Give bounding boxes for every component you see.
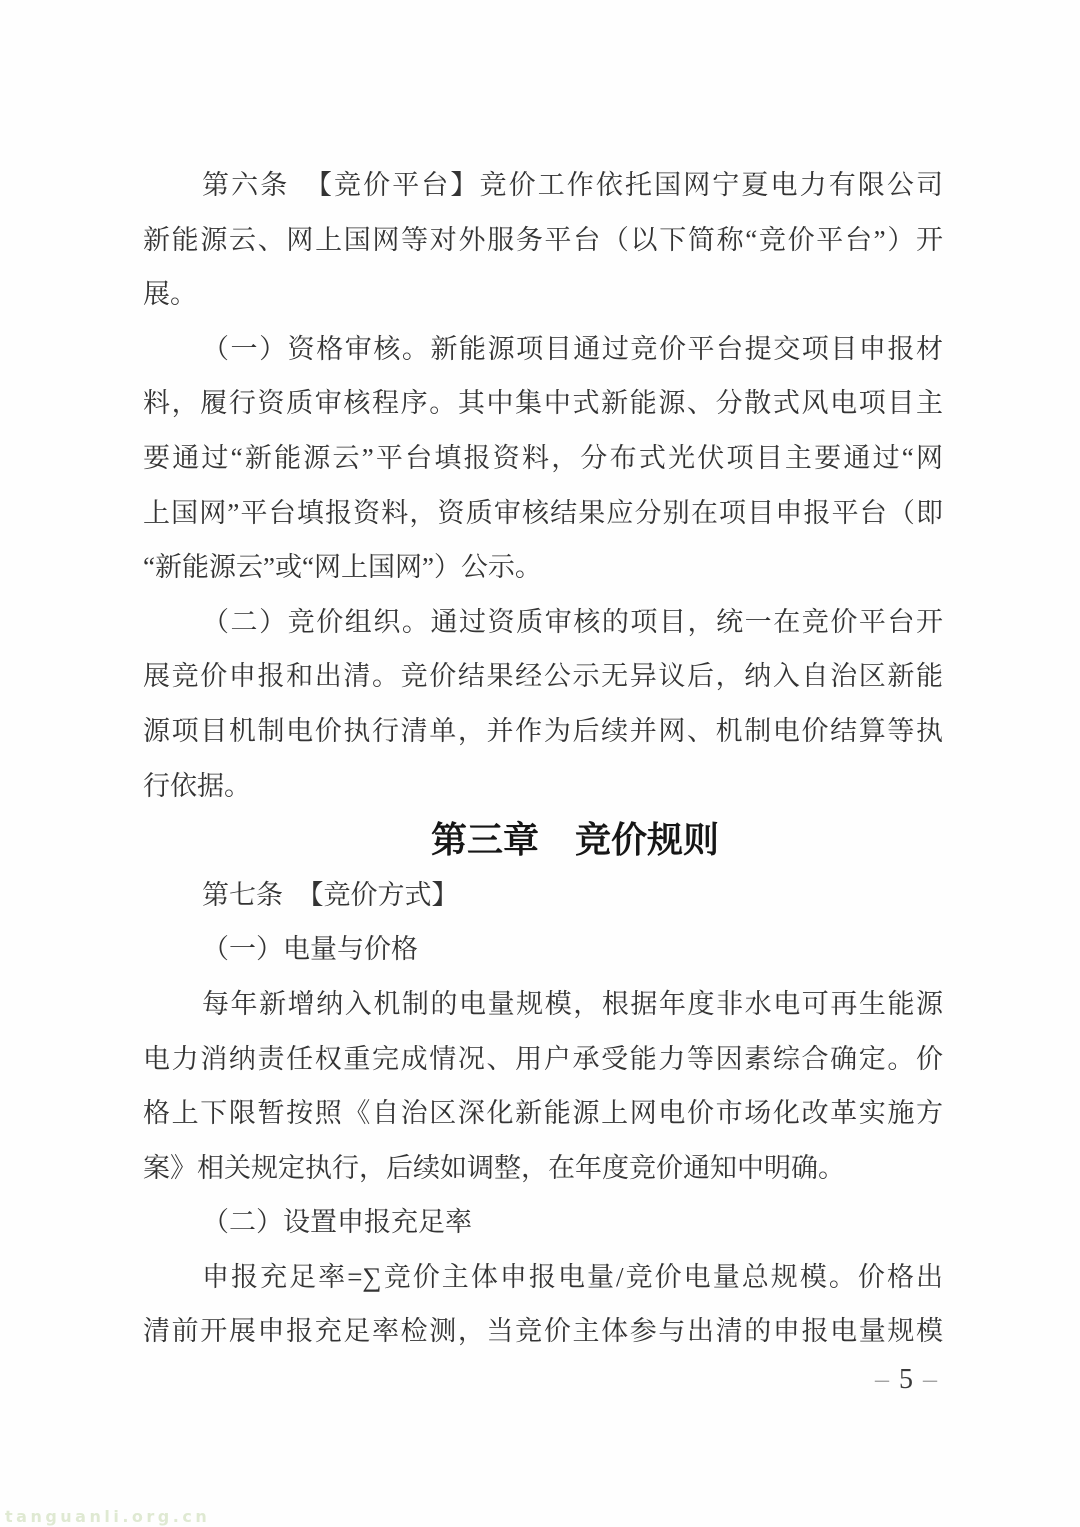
document-body: 第六条 【竞价平台】竞价工作依托国网宁夏电力有限公司 新能源云、网上国网等对外服… xyxy=(143,158,943,1359)
doc-line: 上国网”平台填报资料，资质审核结果应分别在项目申报平台（即 xyxy=(143,486,943,541)
doc-line: 电力消纳责任权重完成情况、用户承受能力等因素综合确定。价 xyxy=(143,1032,943,1087)
doc-line-article-7: 第七条 【竞价方式】 xyxy=(143,868,943,923)
page-number-dash-left: – xyxy=(875,1364,890,1395)
page-number: –5– xyxy=(866,1364,947,1396)
doc-line: 要通过“新能源云”平台填报资料，分布式光伏项目主要通过“网 xyxy=(143,431,943,486)
doc-line: 每年新增纳入机制的电量规模，根据年度非水电可再生能源 xyxy=(143,977,943,1032)
doc-line: 行依据。 xyxy=(143,759,943,814)
doc-line-item-2: （二）设置申报充足率 xyxy=(143,1195,943,1250)
doc-line-item-2: （二）竞价组织。通过资质审核的项目，统一在竞价平台开 xyxy=(143,595,943,650)
doc-line: “新能源云”或“网上国网”）公示。 xyxy=(143,540,943,595)
chapter-heading: 第三章 竞价规则 xyxy=(143,813,943,868)
doc-line: 展。 xyxy=(143,267,943,322)
doc-line: 展竞价申报和出清。竞价结果经公示无异议后，纳入自治区新能 xyxy=(143,649,943,704)
doc-line-formula: 申报充足率=∑竞价主体申报电量/竞价电量总规模。价格出 xyxy=(143,1250,943,1305)
document-page: 第六条 【竞价平台】竞价工作依托国网宁夏电力有限公司 新能源云、网上国网等对外服… xyxy=(0,0,1080,1527)
doc-line-item-1: （一）电量与价格 xyxy=(143,922,943,977)
doc-line-article-6: 第六条 【竞价平台】竞价工作依托国网宁夏电力有限公司 xyxy=(143,158,943,213)
page-number-dash-right: – xyxy=(923,1364,938,1395)
doc-line: 格上下限暂按照《自治区深化新能源上网电价市场化改革实施方 xyxy=(143,1086,943,1141)
doc-line-item-1: （一）资格审核。新能源项目通过竞价平台提交项目申报材 xyxy=(143,322,943,377)
doc-line: 料，履行资质审核程序。其中集中式新能源、分散式风电项目主 xyxy=(143,376,943,431)
page-number-value: 5 xyxy=(899,1364,914,1395)
watermark-site-text: tanguanli.org.cn xyxy=(5,1507,210,1526)
doc-line: 清前开展申报充足率检测，当竞价主体参与出清的申报电量规模 xyxy=(143,1304,943,1359)
doc-line: 源项目机制电价执行清单，并作为后续并网、机制电价结算等执 xyxy=(143,704,943,759)
doc-line: 新能源云、网上国网等对外服务平台（以下简称“竞价平台”）开 xyxy=(143,213,943,268)
doc-line: 案》相关规定执行，后续如调整，在年度竞价通知中明确。 xyxy=(143,1141,943,1196)
